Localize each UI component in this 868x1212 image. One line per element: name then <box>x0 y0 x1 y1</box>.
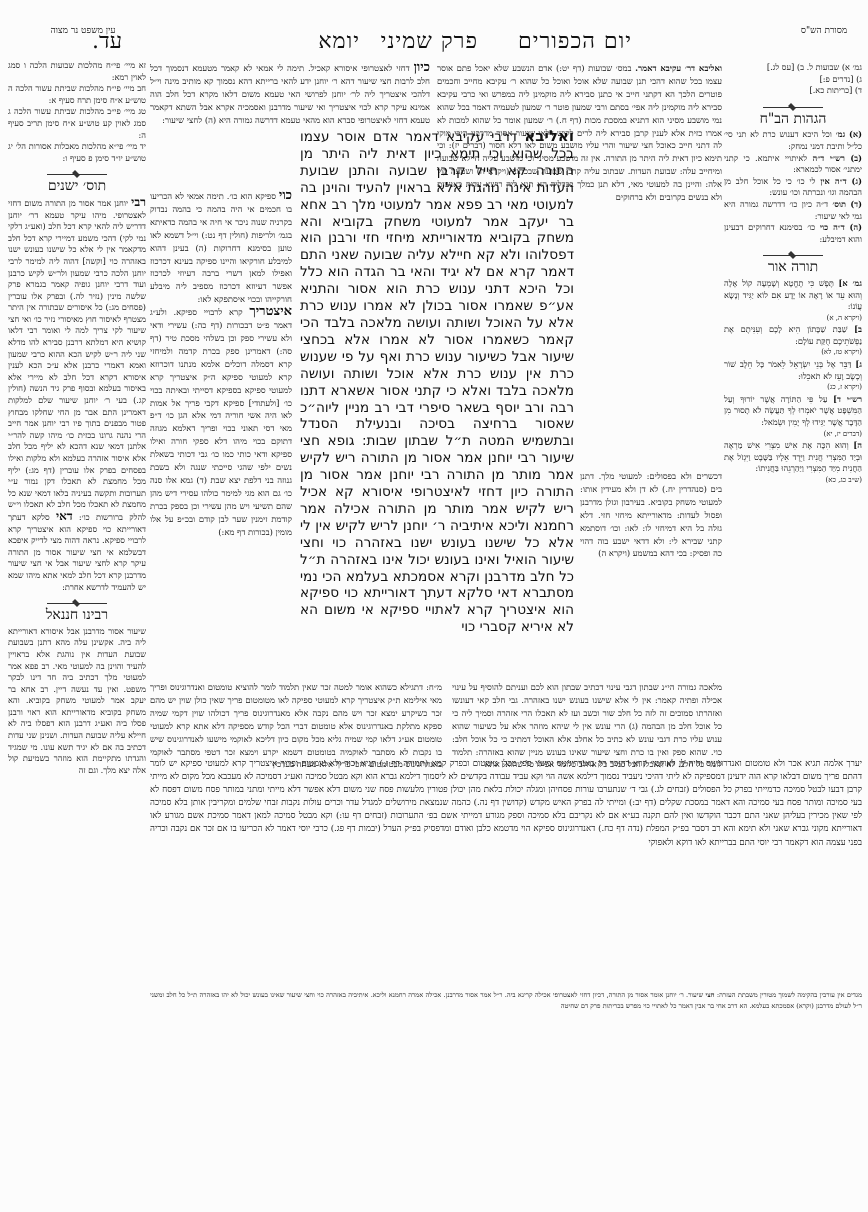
page-header: מסורת הש"ס יום הכפורים פרק שמיני יומא עד… <box>0 26 868 60</box>
verse-reference: (ויקרא ה, א) <box>724 313 862 325</box>
rashi-column: דכשרים ולא בפסולים: למעוטי מלך. דתנן בים… <box>580 470 722 560</box>
torah-or-entry: ב] שַׁבַּת שַׁבָּתוֹן הִיא לָכֶם וְעִנִּ… <box>724 324 862 359</box>
mesoret-entry: ג) [נדרים פ:] <box>724 74 862 86</box>
dibbur-hamatchil: דאי <box>56 509 73 523</box>
ornament-divider-icon <box>47 603 107 604</box>
rabbeinu-chananel-text: שיעור אסור מדרבנן אבל איסורא דאורייתא לי… <box>8 626 146 777</box>
rashi-top-block: ואליבא דר׳ עקיבא דאמר. במס׳ שבועות (דף י… <box>437 62 722 204</box>
hagahot-entry: (ה) ד״ה כוי כו׳ בסימנא דחרוקים דבעינן וה… <box>724 222 862 245</box>
dibbur-hamatchil: כוי <box>279 188 292 203</box>
tractate-chapter-title: יום הכפורים <box>518 28 632 54</box>
verse-reference: (ש״ב כג, כא) <box>724 475 862 487</box>
ein-mishpat-entry: זא מיי׳ פי״ח מהלכות שבועות הלכה ו סמג לא… <box>8 60 146 83</box>
mesoret-entry: גמ׳ א) שבועות ל. ב) [עס לג.] <box>724 62 862 74</box>
tosafot-yeshanim-text: רבי יוחנן אמר אסור מן התורה משום דחזי לא… <box>8 197 146 593</box>
hagahot-entry: (א) גמ׳ וכל היכא דענוש כרת לא תני סי׳ כל… <box>724 129 862 152</box>
rabbeinu-chananel-title: רבינו חננאל <box>8 610 146 622</box>
dibbur-hamatchil: כיון <box>414 60 430 75</box>
hagahot-entry: (ג) ד״ה אין לי כו׳ כי כל אוכל חלב מן הבה… <box>724 176 862 199</box>
rashi-dibbur-hamatchil: ואליבא דר׳ עקיבא דאמר. <box>635 63 722 73</box>
ein-mishpat-entry: חב מיי׳ פי״ח מהלכות שביתת עשור הלכה ה טו… <box>8 83 146 106</box>
torah-or-entry: ה] וְהוּא הִכָּה אֶת אִישׁ מִצְרִי אִישׁ… <box>724 440 862 486</box>
mesoret-entry: ד) [כריתות כא.] <box>724 85 862 97</box>
left-margin-column: זא מיי׳ פי״ח מהלכות שבועות הלכה ו סמג לא… <box>8 60 146 776</box>
dibbur-hamatchil: איצטריך <box>249 304 292 319</box>
gemara-main-text: ואליבא דרבי עקיבא דאמר אדם אוסר עצמו בכל… <box>300 128 574 636</box>
dibbur-hamatchil: רבי <box>131 195 146 209</box>
verse-reference: (ויקרא טז, לא) <box>724 347 862 359</box>
torah-or-entry: רש״י ד] עַל פִּי הַתּוֹרָה אֲשֶׁר יוֹרוּ… <box>724 394 862 440</box>
tractate-name: יומא <box>318 28 360 54</box>
ornament-divider-icon <box>47 174 107 175</box>
torah-or-entry: ג] דַּבֵּר אֶל בְּנֵי יִשְׂרָאֵל לֵאמֹר … <box>724 359 862 394</box>
hagahot-entry: (ד) תוס׳ ד״ה כיון כו׳ דדרשה גמורה היא גמ… <box>724 199 862 222</box>
footnote-label: חצי <box>706 991 715 999</box>
mesoret-hashas-section: גמ׳ א) שבועות ל. ב) [עס לג.] ג) [נדרים פ… <box>724 62 862 97</box>
right-margin-column: גמ׳ א) שבועות ל. ב) [עס לג.] ג) [נדרים פ… <box>724 62 862 487</box>
ornament-divider-icon <box>763 107 823 108</box>
tosafot-top-block: כיון דחזי לאצטרופי איסורא קאכיל. תימה לי… <box>150 62 430 127</box>
ein-mishpat-entry: יד מיי׳ פי״א מהלכות מאכלות אסורות הל׳ יג… <box>8 141 146 164</box>
mesoret-hashas-heading: מסורת הש"ס <box>794 26 854 37</box>
hagahot-entry: (ב) רש״י ד״ה לאיתויי איתמא. כי קתני ימתנ… <box>724 153 862 176</box>
hagahot-habach-title: הגהות הב"ח <box>724 114 862 126</box>
torah-or-entry: גמ׳ א] תֶּפֶשׁ כִּי תֶחֱטָא וְשָׁמְעָה ק… <box>724 278 862 324</box>
torah-or-title: תורה אור <box>724 262 862 274</box>
footnote-line: מגדים אין עורבין בהקימה לשמוך מטורין משב… <box>150 990 862 1012</box>
ornament-divider-icon <box>763 255 823 256</box>
ein-mishpat-entry: טג מיי׳ פי״ב מהלכות שביתת עשור הלכה ג סמ… <box>8 106 146 141</box>
tosafot-bottom-full-width: יערך אלמה תגיא אכר ולא טומטום ואנדרוגינו… <box>150 758 862 850</box>
chapter-number: פרק שמיני <box>381 28 478 54</box>
ein-mishpat-heading: עין משפט נר מצוה <box>48 26 118 37</box>
verse-reference: (ויקרא ז, כג) <box>724 382 862 394</box>
tosafot-yeshanim-title: תוס׳ ישנים <box>8 181 146 193</box>
ein-mishpat-section: זא מיי׳ פי״ח מהלכות שבועות הלכה ו סמג לא… <box>8 60 146 164</box>
verse-reference: (דברים יז, יא) <box>724 429 862 441</box>
tosafot-column: כוי ספיקא הוא כו׳. תימה אמאי לא הכריעו ב… <box>150 190 292 538</box>
